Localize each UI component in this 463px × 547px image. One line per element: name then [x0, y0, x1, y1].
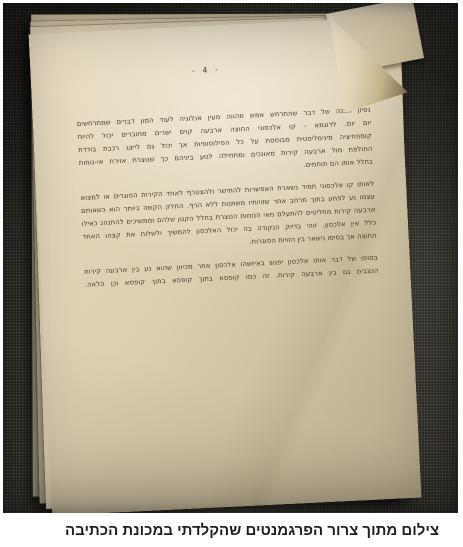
- typed-text-block: נסיון הבנה של דבר שהתרחש אמש מהווה מעין …: [77, 104, 379, 292]
- figure: - 4 - נסיון הבנה של דבר שהתרחש אמש מהווה…: [0, 0, 463, 547]
- paragraph-1: נסיון הבנה של דבר שהתרחש אמש מהווה מעין …: [77, 104, 374, 183]
- top-sheet: - 4 - נסיון הבנה של דבר שהתרחש אמש מהווה…: [28, 16, 421, 513]
- caption-text: צילום מתוך צרור הפרגמנטים שהקלדתי במכונת…: [65, 522, 439, 539]
- paragraph-2: לאותו קו אלכסוני תמיד נשארת האפשרות להתי…: [80, 178, 377, 257]
- caption: צילום מתוך צרור הפרגמנטים שהקלדתי במכונת…: [0, 513, 463, 547]
- photo-of-typed-pages: - 4 - נסיון הבנה של דבר שהתרחש אמש מהווה…: [3, 3, 458, 513]
